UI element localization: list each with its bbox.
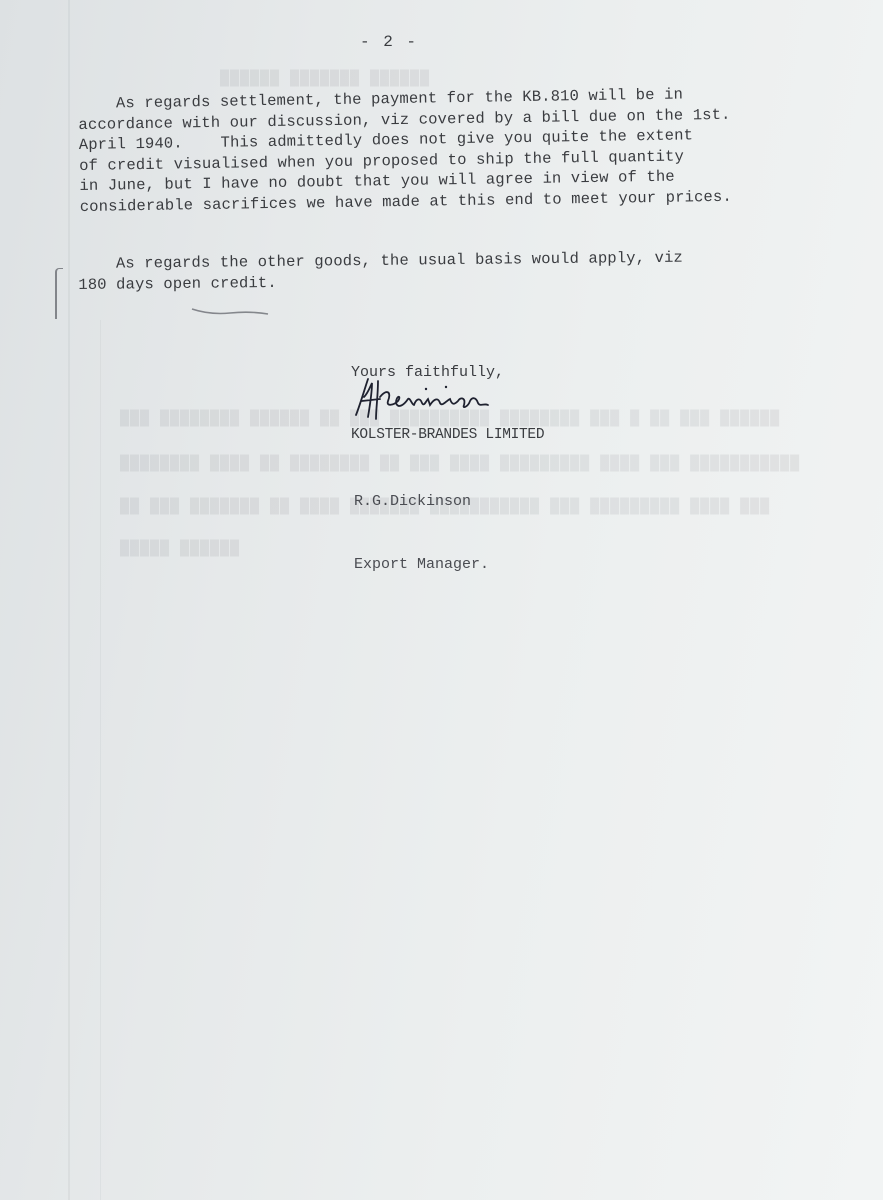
company-name: KOLSTER-BRANDES LIMITED	[351, 425, 544, 446]
signer-title: Export Manager.	[354, 554, 489, 575]
handwritten-signature	[350, 375, 540, 425]
bleed-through-text: ██████ ███████ ██████	[220, 70, 430, 87]
pencil-underline-mark	[190, 305, 270, 317]
bleed-margin-line	[100, 320, 101, 1200]
paragraph-settlement: As regards settlement, the payment for t…	[78, 84, 732, 217]
bleed-margin-line	[68, 0, 70, 1200]
paragraph-other-goods: As regards the other goods, the usual ba…	[78, 248, 683, 295]
page-number: - 2 -	[360, 33, 418, 51]
letter-page: ██████ ███████ ██████ ███ ████████ █████…	[0, 0, 883, 1200]
signer-name: R.G.Dickinson	[354, 491, 489, 512]
bleed-through-text: █████ ██████	[120, 540, 240, 557]
margin-bracket-mark	[55, 268, 63, 319]
signer-block: R.G.Dickinson Export Manager.	[354, 449, 489, 617]
